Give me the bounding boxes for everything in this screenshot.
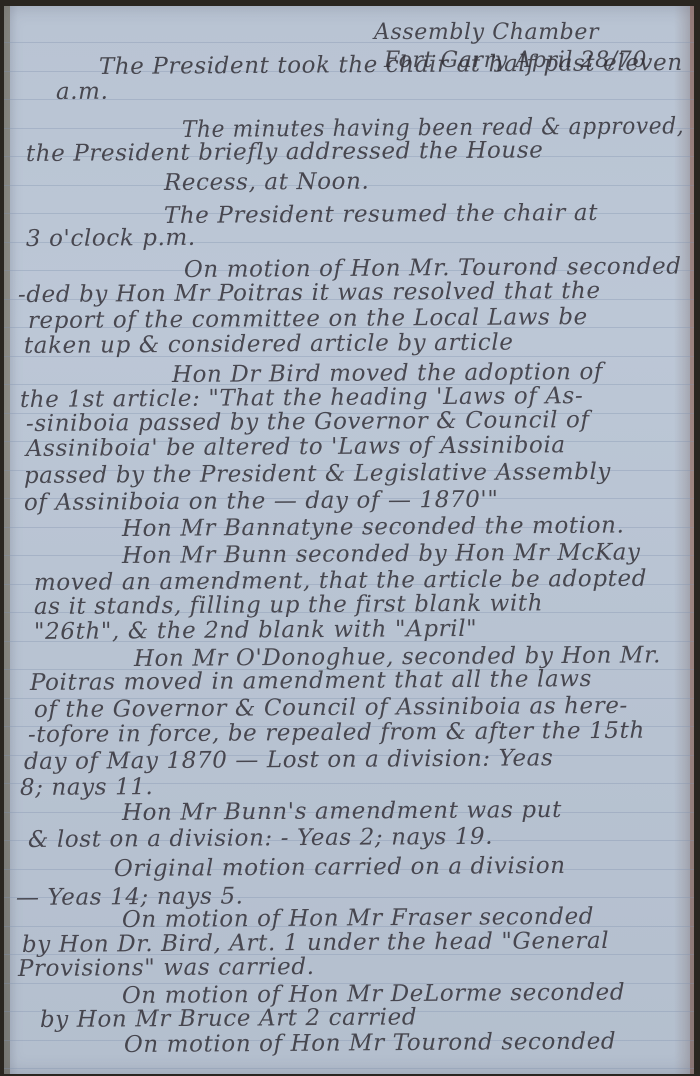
handwritten-line: 8; nays 11. (20, 774, 154, 801)
handwritten-line: day of May 1870 — Lost on a division: Ye… (24, 745, 554, 775)
handwritten-line: Original motion carried on a division (114, 853, 566, 882)
handwritten-line: & lost on a division: - Yeas 2; nays 19. (28, 824, 493, 853)
handwritten-line: Assiniboia' be altered to 'Laws of Assin… (26, 432, 566, 462)
handwritten-line: "26th", & the 2nd blank with "April" (34, 616, 478, 645)
handwritten-line: Recess, at Noon. (164, 169, 370, 196)
handwritten-line: by Hon Mr Bruce Art 2 carried (40, 1004, 417, 1033)
handwritten-line: -ded by Hon Mr Poitras it was resolved t… (18, 278, 601, 308)
handwritten-line: -tofore in force, be repealed from & aft… (28, 718, 645, 748)
handwritten-line: passed by the President & Legislative As… (24, 459, 611, 489)
manuscript-page: Assembly Chamber Fort Garry April 28/70 … (4, 6, 694, 1074)
header-place: Assembly Chamber (374, 20, 599, 45)
rule-line (4, 1068, 694, 1069)
handwritten-line: Provisions" was carried. (18, 954, 315, 982)
handwritten-line: Hon Mr Bannatyne seconded the motion. (122, 512, 625, 542)
page-edge (690, 6, 694, 1074)
handwritten-line: the President briefly addressed the Hous… (26, 137, 544, 167)
handwritten-line: of Assiniboia on the — day of — 1870'" (24, 487, 499, 516)
handwritten-line: Hon Mr Bunn seconded by Hon Mr McKay (122, 539, 641, 569)
binding-edge (4, 6, 10, 1074)
handwritten-line: The President resumed the chair at (164, 200, 598, 229)
handwritten-line: by Hon Dr. Bird, Art. 1 under the head "… (22, 928, 609, 958)
handwritten-line: On motion of Hon Mr Tourond seconded (124, 1029, 616, 1058)
handwritten-line: 3 o'clock p.m. (26, 225, 196, 252)
handwritten-line: Poitras moved in amendment that all the … (30, 666, 592, 696)
handwritten-line: Hon Mr Bunn's amendment was put (122, 797, 562, 826)
handwritten-line: taken up & considered article by article (24, 330, 514, 359)
handwritten-line: a.m. (56, 79, 109, 105)
handwritten-line: The President took the chair at half pas… (99, 50, 683, 80)
